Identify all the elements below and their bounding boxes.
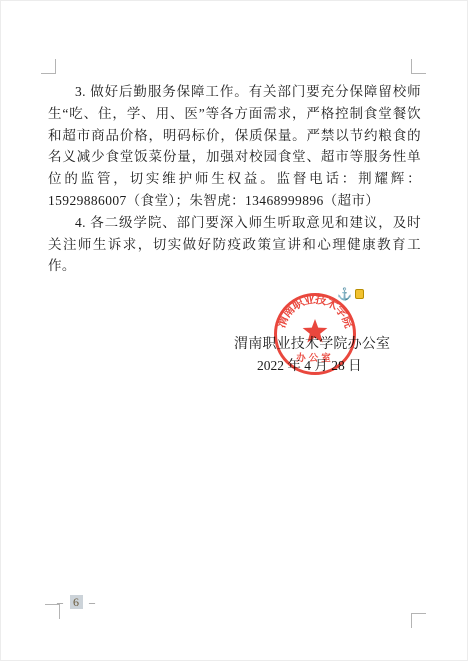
anchor-glyph-icon: ⚓ <box>337 287 352 301</box>
page-number-suffix-dash: – <box>89 595 96 609</box>
document-body[interactable]: 3. 做好后勤服务保障工作。有关部门要充分保障留校师生“吃、住，学、用、医”等各… <box>48 81 421 277</box>
object-anchor-icon[interactable]: ⚓ <box>337 287 364 301</box>
paragraph-item3[interactable]: 3. 做好后勤服务保障工作。有关部门要充分保障留校师生“吃、住，学、用、医”等各… <box>48 81 421 212</box>
text-boundary-mark-bottom-right <box>411 613 426 628</box>
document-page: 3. 做好后勤服务保障工作。有关部门要充分保障留校师生“吃、住，学、用、医”等各… <box>0 0 468 661</box>
seal-bottom-text: 办公室 <box>296 352 334 364</box>
seal-star-icon <box>303 319 328 343</box>
page-number-footer: – 6 – <box>57 595 96 610</box>
text-boundary-mark-top-left <box>41 59 56 74</box>
page-number-field: 6 <box>70 595 83 609</box>
text-boundary-mark-top-right <box>411 59 426 74</box>
official-seal[interactable]: 渭南职业技术学院 办公室 <box>272 291 358 377</box>
paragraph-item4[interactable]: 4. 各二级学院、部门要深入师生听取意见和建议，及时关注师生诉求，切实做好防疫政… <box>48 212 421 277</box>
page-number-prefix-dash: – <box>57 595 64 609</box>
lock-icon <box>355 289 364 299</box>
